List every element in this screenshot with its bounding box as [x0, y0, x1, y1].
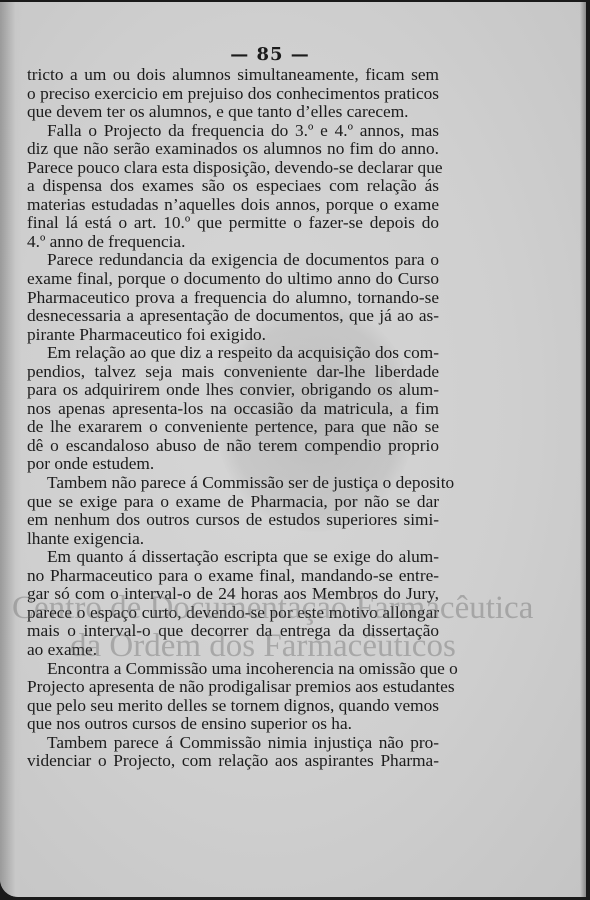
text-line: materias estudadas n’aquelles dois annos… [27, 196, 439, 215]
body-text: tricto a um ou dois alumnos simultaneame… [27, 66, 439, 771]
text-line: Falla o Projecto da frequencia do 3.º e … [27, 122, 439, 141]
text-line: que devem ter os alumnos, e que tanto d’… [27, 103, 439, 122]
text-line: videnciar o Projecto, com relação aos as… [27, 752, 439, 771]
text-line: que pelo seu merito delles se tornem dig… [27, 697, 439, 716]
text-line: Tambem não parece á Commissão ser de jus… [27, 474, 439, 493]
text-line: no Pharmaceutico para o exame final, man… [27, 567, 439, 586]
text-line: Tambem parece á Commissão nimia injustiç… [27, 734, 439, 753]
text-line: para os adquirirem onde lhes convier, ob… [27, 381, 439, 400]
text-line: mais o interval-o que decorrer da entreg… [27, 622, 439, 641]
text-line: pirante Pharmaceutico foi exigido. [27, 326, 439, 345]
text-line: dê o escandaloso abuso de não terem comp… [27, 437, 439, 456]
text-line: a dispensa dos exames são os especiaes c… [27, 177, 439, 196]
text-line: que nos outros cursos de ensino superior… [27, 715, 439, 734]
text-line: Parece pouco clara esta disposição, deve… [27, 159, 439, 178]
text-line: pendios, talvez seja mais conveniente da… [27, 363, 439, 382]
text-line: por onde estudem. [27, 455, 439, 474]
text-line: Pharmaceutico prova a frequencia do alum… [27, 289, 439, 308]
text-line: lhante exigencia. [27, 530, 439, 549]
text-line: tricto a um ou dois alumnos simultaneame… [27, 66, 439, 85]
text-line: desnecessaria a apresentação de document… [27, 307, 439, 326]
text-line: parece o espaço curto, devendo-se por es… [27, 604, 439, 623]
text-line: Encontra a Commissão uma incoherencia na… [27, 660, 439, 679]
text-line: exame final, porque o documento do ultim… [27, 270, 439, 289]
text-line: Projecto apresenta de não prodigalisar p… [27, 678, 439, 697]
text-line: diz que não serão examinados os alumnos … [27, 140, 439, 159]
text-line: de lhe exararem o conveniente pertence, … [27, 418, 439, 437]
text-line: ao exame. [27, 641, 439, 660]
text-line: nos apenas apresenta-los na occasião da … [27, 400, 439, 419]
page-number: — 85 — [0, 44, 540, 65]
text-line: o preciso exercicio em prejuiso dos conh… [27, 85, 439, 104]
text-line: gar só com o interval-o de 24 horas aos … [27, 585, 439, 604]
text-line: que se exige para o exame de Pharmacia, … [27, 493, 439, 512]
scanned-page: — 85 — tricto a um ou dois alumnos simul… [0, 2, 586, 897]
text-line: Parece redundancia da exigencia de docum… [27, 251, 439, 270]
text-line: em nenhum dos outros cursos de estudos s… [27, 511, 439, 530]
text-line: Em quanto á dissertação escripta que se … [27, 548, 439, 567]
text-line: 4.º anno de frequencia. [27, 233, 439, 252]
text-line: final lá está o art. 10.º que permitte o… [27, 214, 439, 233]
text-line: Em relação ao que diz a respeito da acqu… [27, 344, 439, 363]
